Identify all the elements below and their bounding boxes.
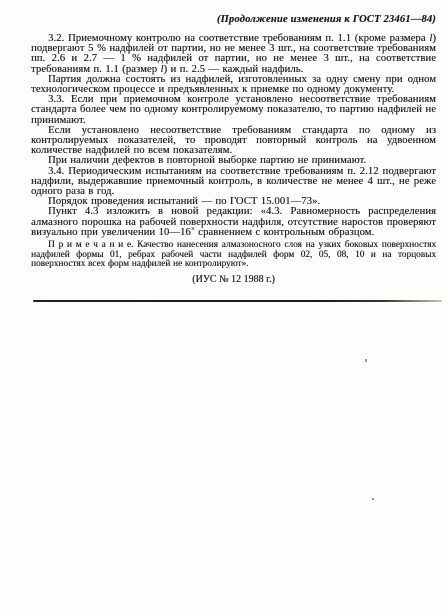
para-3-2: 3.2. Приемочному контролю на соответстви… [31,34,436,75]
para-3-3: 3.3. Если при приемочном контроле устано… [31,95,436,126]
para-3-4: 3.4. Периодическим испытаниям на соответ… [31,167,436,198]
document-page: (Продолжение изменения к ГОСТ 23461—84) … [0,0,448,615]
text-run: П р и м е ч а н и е. Качество нанесения … [31,240,436,269]
para-batch-definition: Партия должна состоять из надфилей, изго… [31,75,436,95]
scan-speck [372,498,374,500]
text-run: Партия должна состоять из надфилей, изго… [31,74,436,95]
text-run: 3.3. Если при приемочном контроле устано… [31,94,436,125]
text-run: (ИУС № 12 1988 г.) [192,274,275,285]
para-4-3: Пункт 4.3 изложить в новой редакции: «4.… [31,207,436,238]
para-issue-reference: (ИУС № 12 1988 г.) [31,274,436,285]
text-block: (Продолжение изменения к ГОСТ 23461—84) … [0,0,448,302]
text-run: Если установлено несоответствие требован… [31,125,436,156]
text-run: сравнением с контрольным образцом. [195,227,374,238]
para-note: П р и м е ч а н и е. Качество нанесения … [31,241,436,270]
paragraphs-container: 3.2. Приемочному контролю на соответстви… [31,34,436,285]
document-header: (Продолжение изменения к ГОСТ 23461—84) [31,14,436,26]
scan-speck [365,359,367,362]
para-repeat-control: Если установлено несоответствие требован… [31,126,436,157]
text-run: 3.4. Периодическим испытаниям на соответ… [31,166,436,197]
horizontal-rule [33,300,442,302]
